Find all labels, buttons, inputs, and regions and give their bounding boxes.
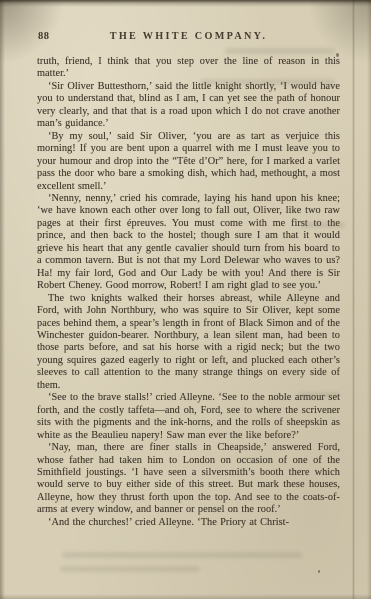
paragraph: ‘See to the brave stalls!’ cried Alleyne… [37, 392, 340, 442]
paragraph: ‘Nay, man, there are finer stalls in Che… [37, 442, 340, 517]
scan-edge-top [0, 0, 371, 7]
bleed-through-artifact [62, 552, 302, 558]
paragraph: ‘And the churches!’ cried Alleyne. ‘The … [37, 517, 340, 529]
bleed-through-artifact [60, 566, 200, 572]
paragraph: ‘Sir Oliver Buttesthorn,’ said the littl… [37, 81, 340, 131]
bleed-through-artifact [225, 48, 335, 54]
scan-edge-right [367, 0, 371, 599]
paragraph: ‘Nenny, nenny,’ cried his comrade, layin… [37, 193, 340, 293]
paragraph: The two knights walked their horses abre… [37, 293, 340, 393]
running-title: THE WHITE COMPANY. [37, 31, 340, 42]
paragraph: truth, friend, I think that you step ove… [37, 56, 340, 81]
scan-speck [336, 53, 339, 57]
page-crease [352, 0, 355, 599]
body-text: truth, friend, I think that you step ove… [37, 56, 340, 529]
paragraph: ‘By my soul,’ said Sir Oliver, ‘you are … [37, 131, 340, 193]
scan-edge-left [0, 0, 5, 599]
scan-speck [318, 570, 320, 573]
book-page: 88 THE WHITE COMPANY. truth, friend, I t… [0, 0, 371, 599]
page-header: 88 THE WHITE COMPANY. [37, 31, 340, 45]
scan-edge-bottom [0, 594, 371, 599]
